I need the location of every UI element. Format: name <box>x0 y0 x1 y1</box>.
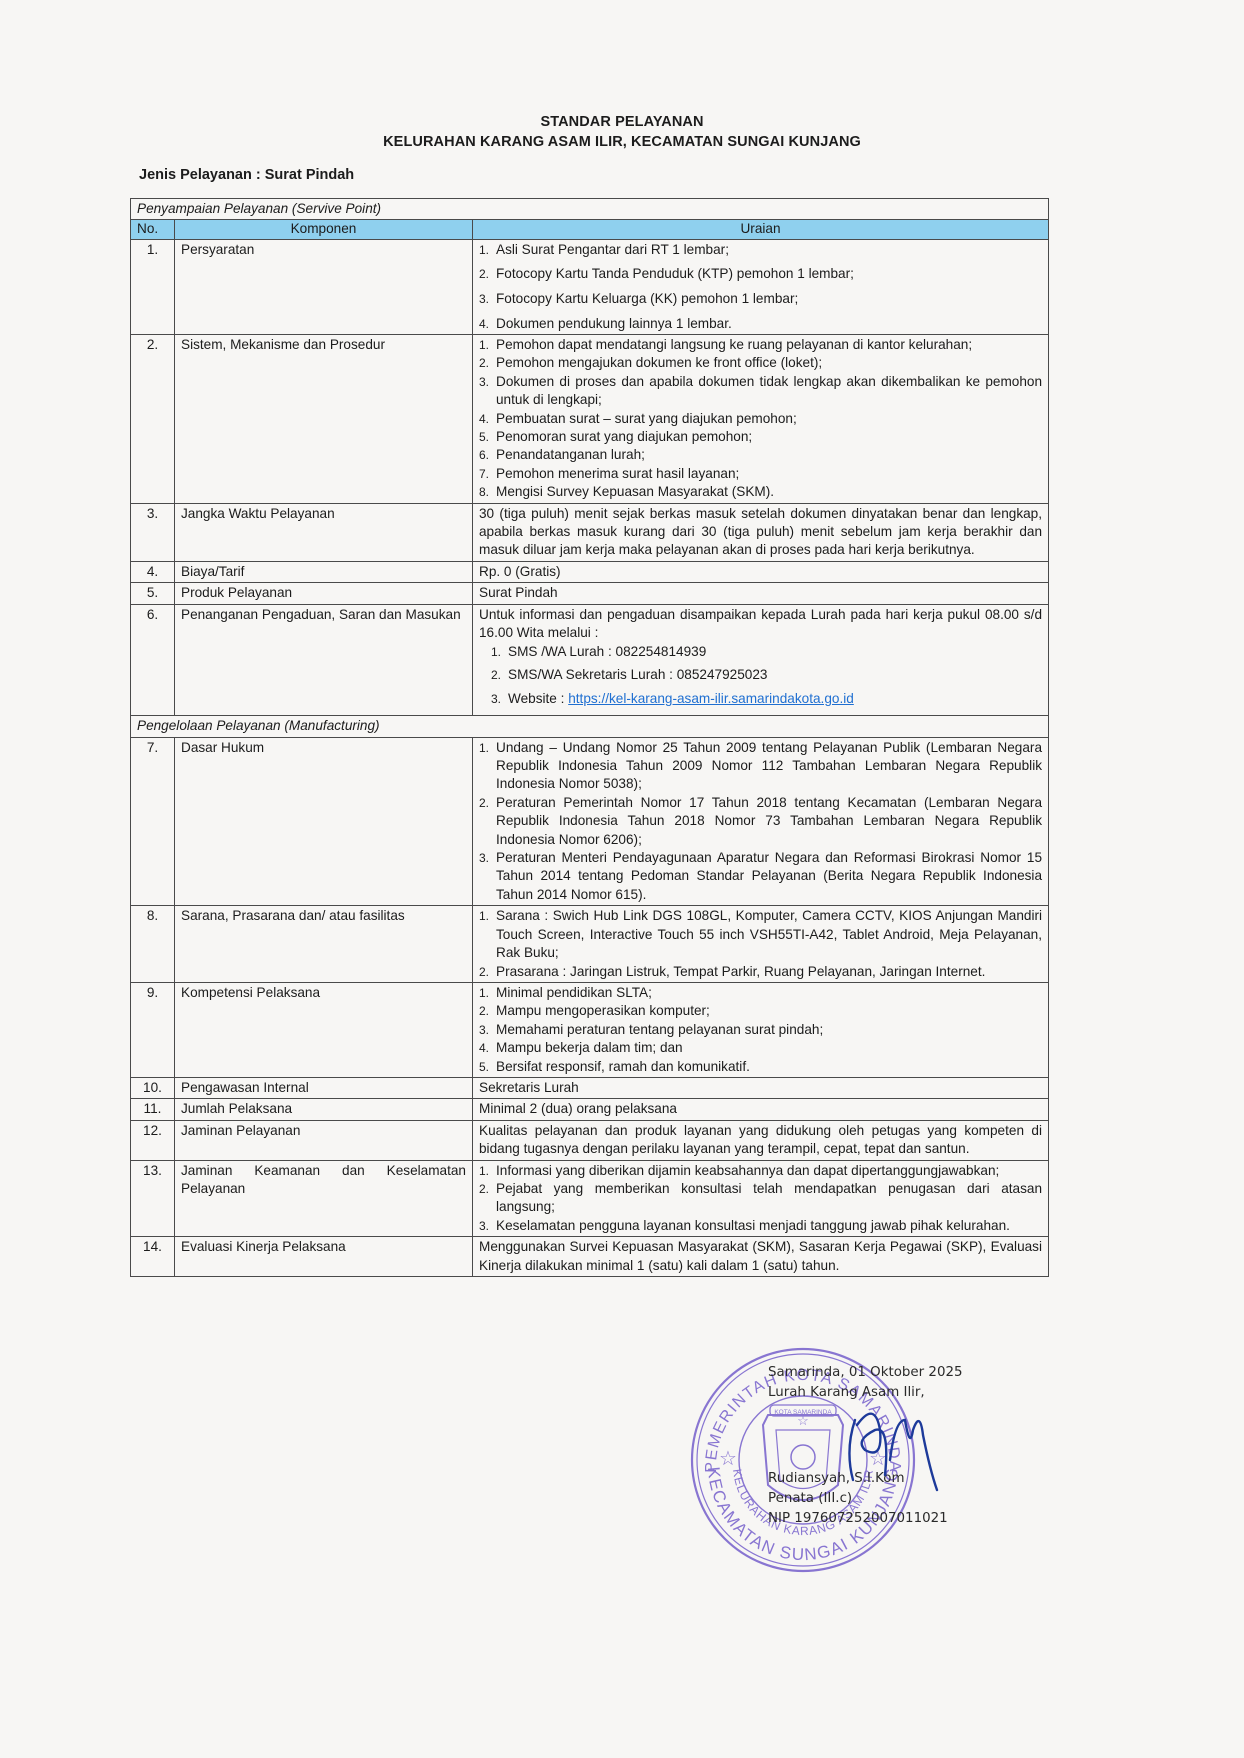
list-number: 1. <box>479 241 489 259</box>
row-komponen: Kompetensi Pelaksana <box>175 982 473 1077</box>
list-number: 3. <box>479 1217 489 1235</box>
list-item: 2.Fotocopy Kartu Tanda Penduduk (KTP) pe… <box>479 265 1042 283</box>
uraian-text: Sekretaris Lurah <box>479 1079 1042 1097</box>
list-item: 7.Pemohon menerima surat hasil layanan; <box>479 465 1042 483</box>
list-number: 2. <box>479 1180 489 1198</box>
section-manufacturing-label: Pengelolaan Pelayanan (Manufacturing) <box>131 716 1049 737</box>
list-text: Asli Surat Pengantar dari RT 1 lembar; <box>496 242 729 257</box>
row-uraian: Minimal 2 (dua) orang pelaksana <box>473 1099 1049 1120</box>
list-text: Peraturan Pemerintah Nomor 17 Tahun 2018… <box>496 795 1042 847</box>
list-text: Undang – Undang Nomor 25 Tahun 2009 tent… <box>496 740 1042 792</box>
row-number: 4. <box>131 561 175 582</box>
row-number: 2. <box>131 335 175 504</box>
row-komponen: Sarana, Prasarana dan/ atau fasilitas <box>175 906 473 983</box>
list-number: 2. <box>479 963 489 981</box>
list-number: 6. <box>479 446 489 464</box>
header-komponen: Komponen <box>175 220 473 239</box>
list-text: SMS /WA Lurah : 082254814939 <box>508 644 706 659</box>
list-number: 1. <box>479 739 489 757</box>
list-number: 1. <box>479 1162 489 1180</box>
row-number: 11. <box>131 1099 175 1120</box>
place-date: Samarinda, 01 Oktober 2025 <box>768 1363 963 1383</box>
row-komponen: Penanganan Pengaduan, Saran dan Masukan <box>175 604 473 716</box>
website-label: Website : <box>508 691 568 706</box>
list-text: Dokumen di proses dan apabila dokumen ti… <box>496 374 1042 407</box>
service-type: Jenis Pelayanan : Surat Pindah <box>139 167 354 183</box>
row-uraian: 1.Pemohon dapat mendatangi langsung ke r… <box>473 335 1049 504</box>
list-item: 2.Peraturan Pemerintah Nomor 17 Tahun 20… <box>479 794 1042 849</box>
table-row: 2.Sistem, Mekanisme dan Prosedur1.Pemoho… <box>131 335 1049 504</box>
list-text: Pemohon mengajukan dokumen ke front offi… <box>496 355 822 370</box>
list-item: 4.Dokumen pendukung lainnya 1 lembar. <box>479 315 1042 333</box>
list-number: 3. <box>479 290 489 308</box>
list-text: Fotocopy Kartu Tanda Penduduk (KTP) pemo… <box>496 266 854 281</box>
list-number: 2. <box>479 794 489 812</box>
row-number: 7. <box>131 737 175 906</box>
list-item: 5.Bersifat responsif, ramah dan komunika… <box>479 1058 1042 1076</box>
list-item: 4.Mampu bekerja dalam tim; dan <box>479 1039 1042 1057</box>
list-item: 6.Penandatanganan lurah; <box>479 446 1042 464</box>
row-uraian: 1.Minimal pendidikan SLTA;2.Mampu mengop… <box>473 982 1049 1077</box>
list-text: Prasarana : Jaringan Listruk, Tempat Par… <box>496 964 985 979</box>
list-text: Bersifat responsif, ramah dan komunikati… <box>496 1059 750 1074</box>
uraian-list: 1.Pemohon dapat mendatangi langsung ke r… <box>479 336 1042 502</box>
row-number: 8. <box>131 906 175 983</box>
list-number: 2. <box>479 1002 489 1020</box>
uraian-list: 1.Asli Surat Pengantar dari RT 1 lembar;… <box>479 241 1042 333</box>
uraian-text: Rp. 0 (Gratis) <box>479 563 1042 581</box>
list-text: Penomoran surat yang diajukan pemohon; <box>496 429 752 444</box>
list-item: 2.SMS/WA Sekretaris Lurah : 085247925023 <box>491 666 1042 684</box>
uraian-list: 1.Minimal pendidikan SLTA;2.Mampu mengop… <box>479 984 1042 1076</box>
uraian-list: 1.Informasi yang diberikan dijamin keabs… <box>479 1162 1042 1236</box>
row-number: 10. <box>131 1077 175 1098</box>
list-text: Peraturan Menteri Pendayagunaan Aparatur… <box>496 850 1042 902</box>
document-page: STANDAR PELAYANAN KELURAHAN KARANG ASAM … <box>0 0 1244 1758</box>
title-line-1: STANDAR PELAYANAN <box>0 112 1244 132</box>
list-number: 2. <box>479 265 489 283</box>
row-komponen: Jaminan Keamanan dan Keselamatan Pelayan… <box>175 1160 473 1237</box>
table-row: 10.Pengawasan InternalSekretaris Lurah <box>131 1077 1049 1098</box>
table-row: 1.Persyaratan1.Asli Surat Pengantar dari… <box>131 239 1049 334</box>
website-link[interactable]: https://kel-karang-asam-ilir.samarindako… <box>568 691 854 706</box>
uraian-text: Untuk informasi dan pengaduan disampaika… <box>479 606 1042 643</box>
table-row: 7.Dasar Hukum1.Undang – Undang Nomor 25 … <box>131 737 1049 906</box>
uraian-list: 1.Sarana : Swich Hub Link DGS 108GL, Kom… <box>479 907 1042 981</box>
signer-nip: NIP 197607252007011021 <box>768 1509 963 1529</box>
list-item: 2.Pemohon mengajukan dokumen ke front of… <box>479 354 1042 372</box>
row-komponen: Jangka Waktu Pelayanan <box>175 503 473 561</box>
title-line-2: KELURAHAN KARANG ASAM ILIR, KECAMATAN SU… <box>0 132 1244 152</box>
row-uraian: 1.Sarana : Swich Hub Link DGS 108GL, Kom… <box>473 906 1049 983</box>
table-header: No.KomponenUraian <box>131 220 1049 239</box>
list-text: Sarana : Swich Hub Link DGS 108GL, Kompu… <box>496 908 1042 960</box>
list-text: Keselamatan pengguna layanan konsultasi … <box>496 1218 1010 1233</box>
svg-text:☆: ☆ <box>719 1448 737 1470</box>
row-komponen: Jaminan Pelayanan <box>175 1120 473 1160</box>
list-item: 1.Informasi yang diberikan dijamin keabs… <box>479 1162 1042 1180</box>
list-text: Minimal pendidikan SLTA; <box>496 985 652 1000</box>
list-item: 1.Asli Surat Pengantar dari RT 1 lembar; <box>479 241 1042 259</box>
list-number: 3. <box>491 690 501 708</box>
service-standard-table: Penyampaian Pelayanan (Servive Point)No.… <box>130 198 1049 1277</box>
row-uraian: Kualitas pelayanan dan produk layanan ya… <box>473 1120 1049 1160</box>
list-text: Pejabat yang memberikan konsultasi telah… <box>496 1181 1042 1214</box>
list-item: 3.Fotocopy Kartu Keluarga (KK) pemohon 1… <box>479 290 1042 308</box>
row-komponen: Jumlah Pelaksana <box>175 1099 473 1120</box>
section-service-point: Penyampaian Pelayanan (Servive Point) <box>131 199 1049 220</box>
table-row: 3.Jangka Waktu Pelayanan30 (tiga puluh) … <box>131 503 1049 561</box>
list-number: 5. <box>479 1058 489 1076</box>
table-row: 4.Biaya/TarifRp. 0 (Gratis) <box>131 561 1049 582</box>
table-row: 8.Sarana, Prasarana dan/ atau fasilitas1… <box>131 906 1049 983</box>
list-text: Dokumen pendukung lainnya 1 lembar. <box>496 316 732 331</box>
row-number: 1. <box>131 239 175 334</box>
list-number: 4. <box>479 315 489 333</box>
list-text: Mampu bekerja dalam tim; dan <box>496 1040 683 1055</box>
header-uraian: Uraian <box>473 220 1049 239</box>
list-item: 1.SMS /WA Lurah : 082254814939 <box>491 643 1042 661</box>
list-item: 2.Mampu mengoperasikan komputer; <box>479 1002 1042 1020</box>
list-text: Pembuatan surat – surat yang diajukan pe… <box>496 411 797 426</box>
header-no: No. <box>131 220 175 239</box>
signer-position: Lurah Karang Asam Ilir, <box>768 1383 963 1403</box>
list-item: 1.Sarana : Swich Hub Link DGS 108GL, Kom… <box>479 907 1042 962</box>
row-uraian: Menggunakan Survei Kepuasan Masyarakat (… <box>473 1237 1049 1277</box>
list-item: 1.Pemohon dapat mendatangi langsung ke r… <box>479 336 1042 354</box>
list-item: 3.Keselamatan pengguna layanan konsultas… <box>479 1217 1042 1235</box>
table-row: 9.Kompetensi Pelaksana1.Minimal pendidik… <box>131 982 1049 1077</box>
list-item: 1.Undang – Undang Nomor 25 Tahun 2009 te… <box>479 739 1042 794</box>
row-number: 9. <box>131 982 175 1077</box>
list-number: 1. <box>479 984 489 1002</box>
uraian-list: 1.Undang – Undang Nomor 25 Tahun 2009 te… <box>479 739 1042 905</box>
signer-rank: Penata (III.c) <box>768 1489 963 1509</box>
uraian-list: 1.SMS /WA Lurah : 0822548149392.SMS/WA S… <box>479 643 1042 709</box>
table-row: 13.Jaminan Keamanan dan Keselamatan Pela… <box>131 1160 1049 1237</box>
uraian-text: Minimal 2 (dua) orang pelaksana <box>479 1100 1042 1118</box>
list-item: 3.Peraturan Menteri Pendayagunaan Aparat… <box>479 849 1042 904</box>
list-number: 2. <box>491 666 501 684</box>
uraian-text: Menggunakan Survei Kepuasan Masyarakat (… <box>479 1238 1042 1275</box>
list-text: SMS/WA Sekretaris Lurah : 085247925023 <box>508 667 767 682</box>
list-number: 4. <box>479 410 489 428</box>
list-number: 1. <box>479 907 489 925</box>
uraian-text: Surat Pindah <box>479 584 1042 602</box>
list-text: Informasi yang diberikan dijamin keabsah… <box>496 1163 999 1178</box>
list-item: 3.Dokumen di proses dan apabila dokumen … <box>479 373 1042 410</box>
list-text: Memahami peraturan tentang pelayanan sur… <box>496 1022 823 1037</box>
row-komponen: Biaya/Tarif <box>175 561 473 582</box>
list-item: 1.Minimal pendidikan SLTA; <box>479 984 1042 1002</box>
list-number: 3. <box>479 373 489 391</box>
list-number: 8. <box>479 483 489 501</box>
row-komponen: Persyaratan <box>175 239 473 334</box>
list-text: Penandatanganan lurah; <box>496 447 645 462</box>
row-number: 12. <box>131 1120 175 1160</box>
list-number: 4. <box>479 1039 489 1057</box>
row-komponen: Produk Pelayanan <box>175 583 473 604</box>
row-komponen: Pengawasan Internal <box>175 1077 473 1098</box>
row-number: 6. <box>131 604 175 716</box>
list-item: 4.Pembuatan surat – surat yang diajukan … <box>479 410 1042 428</box>
list-number: 2. <box>479 354 489 372</box>
list-item: 8.Mengisi Survey Kepuasan Masyarakat (SK… <box>479 483 1042 501</box>
list-number: 1. <box>479 336 489 354</box>
list-text: Pemohon dapat mendatangi langsung ke rua… <box>496 337 972 352</box>
list-text: Mengisi Survey Kepuasan Masyarakat (SKM)… <box>496 484 774 499</box>
signature-block: Samarinda, 01 Oktober 2025 Lurah Karang … <box>768 1363 963 1529</box>
row-number: 13. <box>131 1160 175 1237</box>
list-item: 2.Pejabat yang memberikan konsultasi tel… <box>479 1180 1042 1217</box>
section-service-point-label: Penyampaian Pelayanan (Servive Point) <box>131 199 1049 220</box>
table-row: 5.Produk PelayananSurat Pindah <box>131 583 1049 604</box>
row-uraian: Surat Pindah <box>473 583 1049 604</box>
document-title: STANDAR PELAYANAN KELURAHAN KARANG ASAM … <box>0 112 1244 152</box>
row-komponen: Evaluasi Kinerja Pelaksana <box>175 1237 473 1277</box>
table-row: 11.Jumlah PelaksanaMinimal 2 (dua) orang… <box>131 1099 1049 1120</box>
list-item: 5.Penomoran surat yang diajukan pemohon; <box>479 428 1042 446</box>
row-uraian: Untuk informasi dan pengaduan disampaika… <box>473 604 1049 716</box>
list-number: 3. <box>479 1021 489 1039</box>
row-komponen: Sistem, Mekanisme dan Prosedur <box>175 335 473 504</box>
list-number: 3. <box>479 849 489 867</box>
row-komponen: Dasar Hukum <box>175 737 473 906</box>
signer-name: Rudiansyah, S.I.Kom <box>768 1469 963 1489</box>
row-uraian: 30 (tiga puluh) menit sejak berkas masuk… <box>473 503 1049 561</box>
row-number: 5. <box>131 583 175 604</box>
uraian-text: 30 (tiga puluh) menit sejak berkas masuk… <box>479 505 1042 560</box>
row-uraian: 1.Undang – Undang Nomor 25 Tahun 2009 te… <box>473 737 1049 906</box>
table-row: 12.Jaminan PelayananKualitas pelayanan d… <box>131 1120 1049 1160</box>
list-number: 1. <box>491 643 501 661</box>
list-text: Mampu mengoperasikan komputer; <box>496 1003 710 1018</box>
table-row: 6.Penanganan Pengaduan, Saran dan Masuka… <box>131 604 1049 716</box>
table-row: 14.Evaluasi Kinerja PelaksanaMenggunakan… <box>131 1237 1049 1277</box>
list-item: 2.Prasarana : Jaringan Listruk, Tempat P… <box>479 963 1042 981</box>
row-uraian: 1.Asli Surat Pengantar dari RT 1 lembar;… <box>473 239 1049 334</box>
row-uraian: Sekretaris Lurah <box>473 1077 1049 1098</box>
list-item-website: 3.Website : https://kel-karang-asam-ilir… <box>491 690 1042 708</box>
list-number: 7. <box>479 465 489 483</box>
row-uraian: 1.Informasi yang diberikan dijamin keabs… <box>473 1160 1049 1237</box>
section-manufacturing: Pengelolaan Pelayanan (Manufacturing) <box>131 716 1049 737</box>
list-text: Pemohon menerima surat hasil layanan; <box>496 466 739 481</box>
list-text: Fotocopy Kartu Keluarga (KK) pemohon 1 l… <box>496 291 798 306</box>
list-item: 3.Memahami peraturan tentang pelayanan s… <box>479 1021 1042 1039</box>
row-uraian: Rp. 0 (Gratis) <box>473 561 1049 582</box>
row-number: 3. <box>131 503 175 561</box>
list-number: 5. <box>479 428 489 446</box>
row-number: 14. <box>131 1237 175 1277</box>
uraian-text: Kualitas pelayanan dan produk layanan ya… <box>479 1122 1042 1159</box>
